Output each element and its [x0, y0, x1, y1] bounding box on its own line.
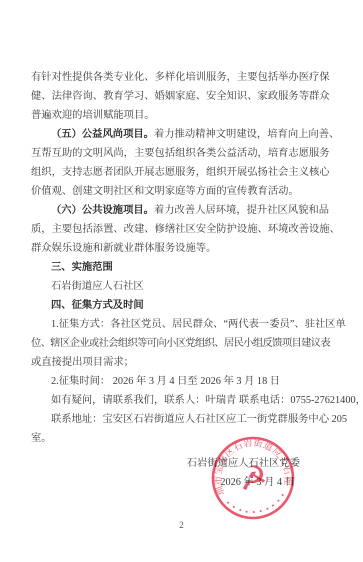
document-line: 联系地址：宝安区石岩街道应人石社区应工一街党群服务中心 205	[31, 410, 337, 429]
document-line: 质，主要包括添置、改建、修缮社区安全防护设施、环境改善设施、	[31, 220, 337, 239]
section-heading: 三、实施范围	[31, 258, 337, 277]
document-line: 组织，支持志愿者团队开展志愿服务，组织开展弘扬社会主义核心	[31, 163, 337, 182]
section-heading: 四、征集方式及时间	[31, 296, 337, 315]
date-line: 2026 年 3 月 4 日	[220, 473, 295, 488]
document-line: 有针对性提供各类专业化、多样化培训服务，主要包括举办医疗保	[31, 68, 337, 87]
seal-bottom-dots	[227, 494, 286, 517]
document-body: 有针对性提供各类专业化、多样化培训服务，主要包括举办医疗保 健、法律咨询、教育学…	[31, 68, 337, 448]
paragraph-heading: （五）公益风尚项目。	[51, 129, 154, 140]
document-line: 或直接提出项目需求；	[31, 353, 337, 372]
paragraph-heading: （六）公共设施项目。	[51, 205, 154, 216]
document-line: 普遍欢迎的培训赋能项目。	[31, 106, 337, 125]
document-line: 价值观、创建文明社区和文明家庭等方面的宣传教育活动。	[31, 182, 337, 201]
paragraph-text: 着力推动精神文明建设，培育向上向善、	[154, 129, 339, 140]
document-page: 有针对性提供各类专业化、多样化培训服务，主要包括举办医疗保 健、法律咨询、教育学…	[0, 0, 363, 562]
document-line: 1.征集方式：各社区党员、居民群众、“两代表一委员”、驻社区单	[31, 315, 337, 334]
document-line: （六）公共设施项目。着力改善人居环境，提升社区风貌和品	[31, 201, 337, 220]
document-line: 位、辖区企业或社会组织等可向小区党组织、居民小组反馈项目建议表	[31, 334, 337, 353]
document-line: 2.征集时间： 2026 年 3 月 4 日至 2026 年 3 月 18 日	[31, 372, 337, 391]
document-line: 群众娱乐设施和新就业群体服务设施等。	[31, 239, 337, 258]
document-line: 如有疑问，请联系我们，联系人：叶瑞青 联系电话：0755-27621400，	[31, 391, 337, 410]
page-number: 2	[0, 520, 363, 530]
document-line: 室。	[31, 429, 337, 448]
document-line: 石岩街道应人石社区	[31, 277, 337, 296]
document-line: 健、法律咨询、教育学习、婚姻家庭、安全知识、家政服务等群众	[31, 87, 337, 106]
paragraph-text: 着力改善人居环境，提升社区风貌和品	[154, 205, 329, 216]
signature-line: 石岩街道应人石社区党委	[187, 454, 300, 469]
document-line: 互帮互助的文明风尚，主要包括组织各类公益活动，培育志愿服务	[31, 144, 337, 163]
document-line: （五）公益风尚项目。着力推动精神文明建设，培育向上向善、	[31, 125, 337, 144]
